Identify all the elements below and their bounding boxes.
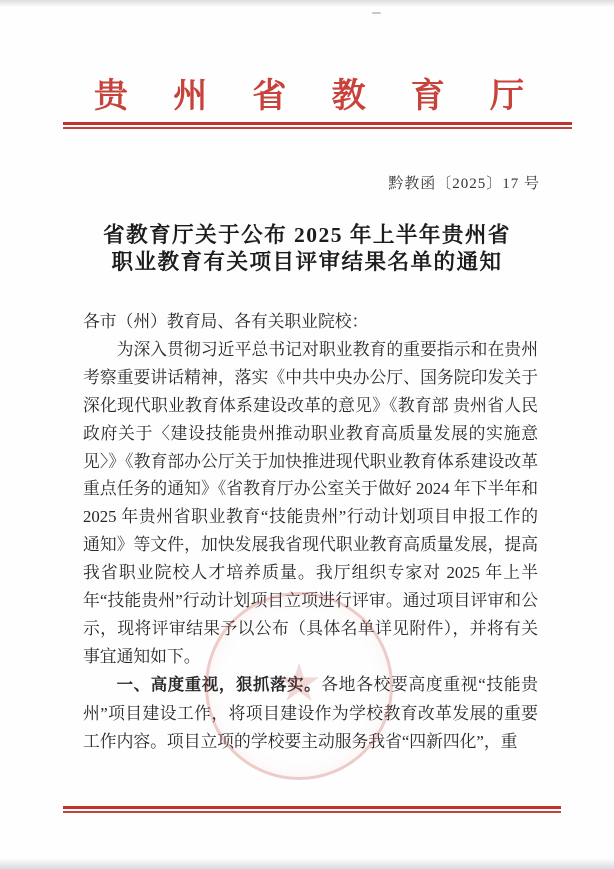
document-number: 黔教函〔2025〕17 号 xyxy=(388,172,540,193)
scan-edge-top xyxy=(0,0,614,7)
body-paragraph-2: 一、高度重视，狠抓落实。各地各校要高度重视“技能贵州”项目建设工作，将项目建设作… xyxy=(83,671,538,756)
document-title-line1: 省教育厅关于公布 2025 年上半年贵州省 xyxy=(0,222,614,249)
letterhead-char: 州 xyxy=(173,79,207,115)
letterhead-char: 厅 xyxy=(490,79,524,115)
letterhead-char: 省 xyxy=(252,79,286,115)
scanned-document-page: 贵 州 省 教 育 厅 黔教函〔2025〕17 号 省教育厅关于公布 2025 … xyxy=(0,0,614,869)
footer-double-rule xyxy=(63,806,561,813)
rule-bar-thin xyxy=(63,811,561,813)
letterhead-char: 教 xyxy=(332,79,366,115)
document-body: 各市（州）教育局、各有关职业院校： 为深入贯彻习近平总书记对职业教育的重要指示和… xyxy=(83,308,538,756)
letterhead-agency-name: 贵 州 省 教 育 厅 xyxy=(94,79,524,115)
scan-edge-bottom xyxy=(0,858,614,869)
letterhead-char: 育 xyxy=(411,79,445,115)
header-double-rule xyxy=(63,122,572,129)
document-title: 省教育厅关于公布 2025 年上半年贵州省 职业教育有关项目评审结果名单的通知 xyxy=(0,222,614,276)
document-title-line2: 职业教育有关项目评审结果名单的通知 xyxy=(0,249,614,276)
scan-artifact-speck xyxy=(372,12,381,14)
body-paragraph-1: 为深入贯彻习近平总书记对职业教育的重要指示和在贵州考察重要讲话精神，落实《中共中… xyxy=(83,336,538,671)
rule-bar-thin xyxy=(63,127,572,129)
paragraph2-bold-lead: 一、高度重视，狠抓落实。 xyxy=(117,676,322,694)
salutation: 各市（州）教育局、各有关职业院校： xyxy=(83,308,538,336)
letterhead-char: 贵 xyxy=(94,79,128,115)
